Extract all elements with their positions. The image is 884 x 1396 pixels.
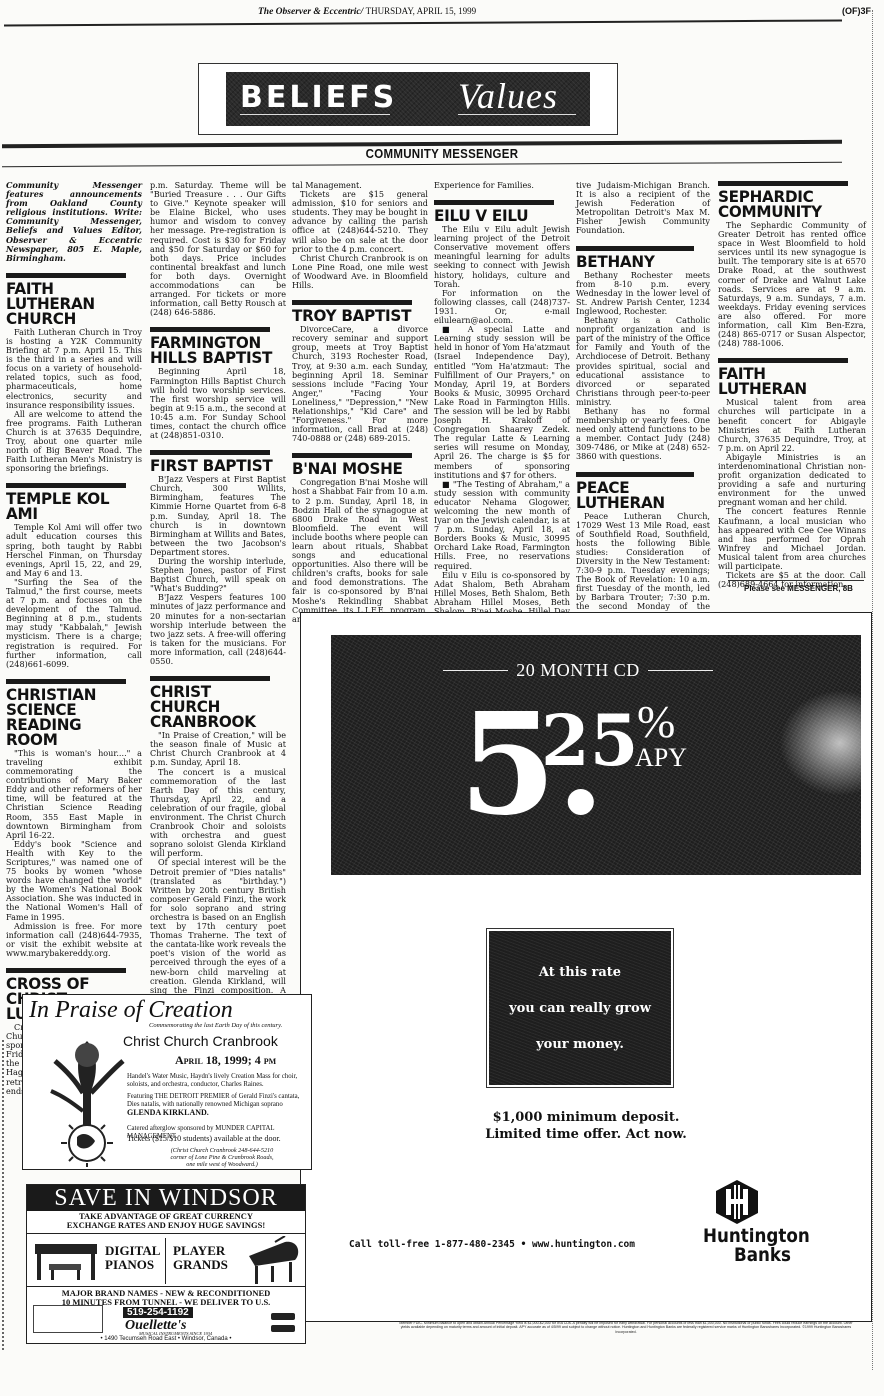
article-paragraph: p.m. Saturday. Theme will be "Buried Tre… bbox=[150, 181, 286, 317]
ad-tickets: Tickets ($15/$10 students) available at … bbox=[127, 1135, 313, 1143]
tagline-line: you can really grow bbox=[489, 1001, 671, 1016]
ad-line: Featuring THE DETROIT PREMIER of Gerald … bbox=[127, 1093, 313, 1109]
ad-headline: SAVE IN WINDSOR bbox=[27, 1185, 305, 1211]
rule-right bbox=[648, 670, 713, 671]
article-eilu-v-eilu: EILU V EILU The Eilu v Eilu adult Jewish… bbox=[434, 200, 570, 634]
article-paragraph: The concert features Rennie Kaufmann, a … bbox=[718, 507, 866, 571]
article-paragraph: ■ "The Testing of Abraham," a study sess… bbox=[434, 480, 570, 571]
heading-bar bbox=[6, 679, 126, 684]
folio-line: The Observer & Eccentric/ THURSDAY, APRI… bbox=[258, 6, 476, 17]
article-paragraph: "Surfing the Sea of the Talmud," the fir… bbox=[6, 578, 142, 669]
article-paragraph: "In Praise of Creation," will be the sea… bbox=[150, 731, 286, 767]
heading-bar bbox=[292, 453, 412, 458]
article-heading: CHRISTIAN SCIENCE READING ROOM bbox=[6, 687, 135, 747]
column-5: tive Judaism-Michigan Branch. It is also… bbox=[576, 181, 710, 639]
page-number: (OF)3F bbox=[842, 6, 871, 16]
article-paragraph: The Sephardic Community of Greater Detro… bbox=[718, 221, 866, 348]
article-paragraph: Faith Lutheran Church in Troy is hosting… bbox=[6, 328, 142, 410]
article-heading: FAITH LUTHERAN CHURCH bbox=[6, 281, 135, 326]
page-edge-dots bbox=[872, 10, 873, 1370]
banner-values: Values bbox=[458, 75, 558, 117]
article-paragraph: Bethany is a Catholic nonprofit organiza… bbox=[576, 316, 710, 407]
continued-reference-link[interactable]: Please see MESSENGER, 8B bbox=[744, 584, 853, 593]
article-farmington-hills-baptist: FARMINGTON HILLS BAPTIST Beginning April… bbox=[150, 327, 286, 440]
article-paragraph: tive Judaism-Michigan Branch. It is also… bbox=[576, 181, 710, 236]
heading-bar bbox=[150, 327, 270, 332]
heading-bar bbox=[292, 300, 412, 305]
article-bethany: BETHANY Bethany Rochester meets from 8-1… bbox=[576, 246, 710, 462]
lily-illustration-icon bbox=[47, 1031, 129, 1167]
section-banner: BELIEFS Values bbox=[226, 72, 590, 126]
rate-fraction: 25 bbox=[541, 701, 638, 781]
article-paragraph: During the worship interlude, Stephen Jo… bbox=[150, 557, 286, 593]
tag-line: EXCHANGE RATES AND ENJOY HUGE SAVINGS! bbox=[27, 1221, 305, 1230]
tagline-box: At this rate you can really grow your mo… bbox=[487, 929, 673, 1087]
column-3: tal Management. Tickets are $15 general … bbox=[292, 181, 428, 624]
heading-bar bbox=[576, 472, 694, 477]
article-faith-lutheran: FAITH LUTHERAN Musical talent from area … bbox=[718, 358, 866, 589]
card-icon bbox=[271, 1325, 295, 1332]
article-heading: B'NAI MOSHE bbox=[292, 461, 421, 476]
column-6: SEPHARDIC COMMUNITY The Sephardic Commun… bbox=[718, 181, 866, 589]
article-heading: FAITH LUTHERAN bbox=[718, 366, 859, 396]
article-paragraph: Christ Church Cranbrook is on Lone Pine … bbox=[292, 254, 428, 290]
heading-bar bbox=[150, 450, 270, 455]
banner-beliefs: BELIEFS bbox=[240, 80, 397, 115]
article-heading: FIRST BAPTIST bbox=[150, 458, 279, 473]
article-paragraph: Musical talent from area churches will p… bbox=[718, 398, 866, 453]
cd-rate-panel: 20 MONTH CD 5. 25 % APY bbox=[331, 635, 861, 875]
heading-bar bbox=[150, 676, 270, 681]
column-1: Community Messenger features announcemen… bbox=[6, 181, 142, 1096]
article-christian-science: CHRISTIAN SCIENCE READING ROOM "This is … bbox=[6, 679, 142, 958]
article-paragraph: Admission is free. For more information … bbox=[6, 922, 142, 958]
ad-title: In Praise of Creation bbox=[29, 997, 233, 1024]
product-divider bbox=[165, 1238, 166, 1284]
article-paragraph: Of special interest will be the Detroit … bbox=[150, 858, 286, 1013]
rate-percent: % bbox=[637, 695, 675, 748]
huntington-ad[interactable]: 20 MONTH CD 5. 25 % APY At this rate you… bbox=[300, 612, 872, 1322]
windsor-piano-ad: SAVE IN WINDSOR TAKE ADVANTAGE OF GREAT … bbox=[26, 1184, 306, 1344]
ad-fine-print: Member FDIC. Minimum balance to open and… bbox=[396, 1321, 856, 1334]
praise-of-creation-ad: In Praise of Creation Commemorating the … bbox=[22, 994, 312, 1170]
offer-line: Limited time offer. Act now. bbox=[301, 1126, 871, 1143]
article-sephardic-community: SEPHARDIC COMMUNITY The Sephardic Commun… bbox=[718, 181, 866, 348]
ad-line: Handel's Water Music, Haydn's lively Cre… bbox=[127, 1073, 313, 1089]
heading-bar bbox=[6, 968, 126, 973]
offer-text: $1,000 minimum deposit. Limited time off… bbox=[301, 1109, 871, 1143]
ad-venue: Christ Church Cranbrook bbox=[123, 1033, 278, 1049]
article-paragraph: Bethany has no formal membership or year… bbox=[576, 407, 710, 462]
article-paragraph: Tickets are $15 general admission, $10 f… bbox=[292, 190, 428, 254]
article-heading: PEACE LUTHERAN bbox=[576, 480, 703, 510]
huntington-logo-icon bbox=[715, 1179, 759, 1225]
product-line: DIGITAL bbox=[105, 1244, 160, 1258]
tagline-line: your money. bbox=[489, 1037, 671, 1052]
article-temple-kol-ami: TEMPLE KOL AMI Temple Kol Ami will offer… bbox=[6, 483, 142, 669]
article-paragraph: Peace Lutheran Church, 17029 West 13 Mil… bbox=[576, 512, 710, 621]
cd-product-heading: 20 MONTH CD bbox=[443, 660, 713, 681]
product-line: GRANDS bbox=[173, 1258, 228, 1272]
article-troy-baptist: TROY BAPTIST DivorceCare, a divorce reco… bbox=[292, 300, 428, 443]
contact-line: (Christ Church Cranbrook 248-644-5210 bbox=[137, 1147, 307, 1154]
article-paragraph: Congregation B'nai Moshe will host a Sha… bbox=[292, 478, 428, 624]
article-bnai-moshe: B'NAI MOSHE Congregation B'nai Moshe wil… bbox=[292, 453, 428, 624]
ad-tagline: TAKE ADVANTAGE OF GREAT CURRENCY EXCHANG… bbox=[27, 1212, 305, 1230]
article-heading: TROY BAPTIST bbox=[292, 308, 421, 323]
article-first-baptist: FIRST BAPTIST B'Jazz Vespers at First Ba… bbox=[150, 450, 286, 666]
ad-phone: 519-254-1192 bbox=[123, 1307, 193, 1318]
article-paragraph: "This is woman's hour...." a traveling e… bbox=[6, 749, 142, 840]
heading-bar bbox=[434, 200, 554, 205]
article-heading: CHRIST CHURCH CRANBROOK bbox=[150, 684, 279, 729]
article-paragraph: Beginning April 18, Farmington Hills Bap… bbox=[150, 367, 286, 440]
cd-product: 20 MONTH CD bbox=[516, 660, 640, 681]
column-2: p.m. Saturday. Theme will be "Buried Tre… bbox=[150, 181, 286, 1013]
heading-bar bbox=[6, 483, 126, 488]
article-christ-church-cranbrook: CHRIST CHURCH CRANBROOK "In Praise of Cr… bbox=[150, 676, 286, 1013]
heading-bar bbox=[718, 181, 848, 186]
publication-date: THURSDAY, APRIL 15, 1999 bbox=[366, 6, 476, 16]
offer-line: $1,000 minimum deposit. bbox=[301, 1109, 871, 1126]
page-edge-dots-left bbox=[2, 1040, 5, 1350]
call-toll-free[interactable]: Call toll-free 1-877-480-2345 • www.hunt… bbox=[349, 1239, 635, 1250]
top-rule bbox=[4, 19, 842, 26]
article-paragraph: The concert is a musical commemoration o… bbox=[150, 768, 286, 859]
article-faith-lutheran-church: FAITH LUTHERAN CHURCH Faith Lutheran Chu… bbox=[6, 273, 142, 474]
article-paragraph: For information on the following classes… bbox=[434, 289, 570, 325]
banner-underline bbox=[458, 114, 576, 115]
article-paragraph: The Eilu v Eilu adult Jewish learning pr… bbox=[434, 225, 570, 289]
section-rule bbox=[2, 162, 842, 167]
article-paragraph: Abigayle Ministries is an interdenominat… bbox=[718, 453, 866, 508]
product-right: PLAYER GRANDS bbox=[173, 1244, 228, 1272]
heading-bar bbox=[718, 358, 848, 363]
article-paragraph: All are welcome to attend the free progr… bbox=[6, 410, 142, 474]
ad-subtitle: Commemorating the last Earth Day of this… bbox=[149, 1022, 282, 1029]
product-left: DIGITAL PIANOS bbox=[105, 1244, 160, 1272]
product-strip: DIGITAL PIANOS PLAYER GRANDS bbox=[27, 1233, 305, 1287]
grand-piano-icon bbox=[245, 1236, 303, 1286]
contact-line: one mile west of Woodward.) bbox=[137, 1161, 307, 1168]
tagline-line: At this rate bbox=[489, 965, 671, 980]
see-also-rule bbox=[728, 580, 864, 581]
article-paragraph: B'Jazz Vespers features 100 minutes of j… bbox=[150, 593, 286, 666]
location-map-icon bbox=[33, 1305, 103, 1333]
article-paragraph: B'Jazz Vespers at First Baptist Church, … bbox=[150, 475, 286, 557]
article-heading: BETHANY bbox=[576, 254, 703, 269]
heading-bar bbox=[6, 273, 126, 278]
product-line: PIANOS bbox=[105, 1258, 160, 1272]
rate-unit: APY bbox=[635, 743, 687, 773]
section-title: COMMUNITY MESSENGER bbox=[35, 147, 848, 161]
card-icon bbox=[271, 1313, 295, 1320]
huntington-brand: Huntington Banks bbox=[703, 1227, 791, 1265]
payment-cards-icon bbox=[271, 1313, 295, 1337]
article-paragraph: Eddy's book "Science and Health with Key… bbox=[6, 840, 142, 922]
brand-line: Banks bbox=[703, 1246, 791, 1265]
banner-underline bbox=[240, 114, 390, 115]
article-paragraph: Temple Kol Ami will offer two adult educ… bbox=[6, 523, 142, 578]
intro-note: Community Messenger features announcemen… bbox=[6, 181, 142, 263]
article-heading: EILU V EILU bbox=[434, 208, 563, 223]
article-heading: TEMPLE KOL AMI bbox=[6, 491, 135, 521]
article-heading: SEPHARDIC COMMUNITY bbox=[718, 189, 859, 219]
product-line: PLAYER bbox=[173, 1244, 228, 1258]
article-heading: FARMINGTON HILLS BAPTIST bbox=[150, 335, 279, 365]
publication-name: The Observer & Eccentric/ bbox=[258, 7, 363, 17]
column-4: Experience for Families. EILU V EILU The… bbox=[434, 181, 570, 634]
article-paragraph: DivorceCare, a divorce recovery seminar … bbox=[292, 325, 428, 443]
rule-left bbox=[443, 670, 508, 671]
article-paragraph: Bethany Rochester meets from 8-10 p.m. e… bbox=[576, 271, 710, 316]
article-paragraph: Experience for Families. bbox=[434, 181, 570, 190]
ad-soloist: GLENDA KIRKLAND. bbox=[127, 1109, 313, 1117]
ad-date: April 18, 1999; 4 pm bbox=[175, 1053, 276, 1068]
ad-feature-lines: MAJOR BRAND NAMES - NEW & RECONDITIONED … bbox=[27, 1289, 305, 1306]
digital-piano-icon bbox=[33, 1240, 99, 1282]
contact-line: corner of Lone Pine & Cranbrook Roads, bbox=[137, 1154, 307, 1161]
article-paragraph: ■ A special Latte and Learning study ses… bbox=[434, 325, 570, 480]
ad-address: • 1490 Tecumseh Road East • Windsor, Can… bbox=[27, 1336, 305, 1342]
heading-bar bbox=[576, 246, 694, 251]
ad-contact: (Christ Church Cranbrook 248-644-5210 co… bbox=[137, 1147, 307, 1168]
